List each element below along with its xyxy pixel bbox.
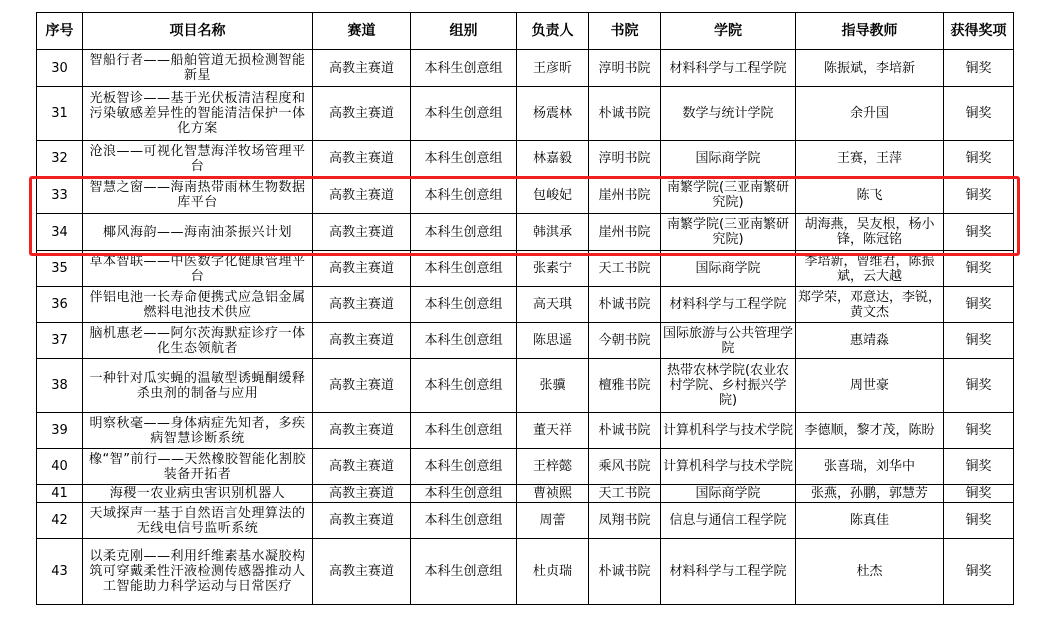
group-cell: 本科生创意组 [411, 413, 517, 449]
seq-cell: 32 [37, 141, 83, 177]
header-award: 获得奖项 [944, 13, 1014, 50]
group-cell: 本科生创意组 [411, 539, 517, 605]
college-cell: 热带农林学院(农业农村学院、乡村振兴学院) [661, 359, 796, 413]
leader-cell: 包峻妃 [517, 177, 589, 214]
award-cell: 铜奖 [944, 359, 1014, 413]
seq-cell: 36 [37, 287, 83, 323]
seq-cell: 39 [37, 413, 83, 449]
seq-cell: 41 [37, 485, 83, 503]
advisors-cell: 李培新，曾维君，陈振斌，云大越 [796, 251, 944, 287]
award-cell: 铜奖 [944, 177, 1014, 214]
college-cell: 材料科学与工程学院 [661, 287, 796, 323]
academy-cell: 朴诚书院 [589, 287, 661, 323]
table-row: 31光板智诊——基于光伏板清洁程度和污染敏感差异性的智能清洁保护一体化方案高教主… [37, 87, 1014, 141]
header-group: 组别 [411, 13, 517, 50]
college-cell: 南繁学院(三亚南繁研究院) [661, 177, 796, 214]
project-name-cell: 草本智联——中医数字化健康管理平台 [83, 251, 313, 287]
college-cell: 材料科学与工程学院 [661, 539, 796, 605]
college-cell: 国际商学院 [661, 141, 796, 177]
academy-cell: 朴诚书院 [589, 87, 661, 141]
track-cell: 高教主赛道 [313, 141, 411, 177]
award-cell: 铜奖 [944, 485, 1014, 503]
table-row: 34椰风海韵——海南油茶振兴计划高教主赛道本科生创意组韩淇承崖州书院南繁学院(三… [37, 214, 1014, 251]
academy-cell: 朴诚书院 [589, 413, 661, 449]
seq-cell: 40 [37, 449, 83, 485]
seq-cell: 30 [37, 50, 83, 87]
track-cell: 高教主赛道 [313, 287, 411, 323]
table-row: 39明察秋毫——身体病症先知者，多疾病智慧诊断系统高教主赛道本科生创意组董天祥朴… [37, 413, 1014, 449]
academy-cell: 凤翔书院 [589, 503, 661, 539]
track-cell: 高教主赛道 [313, 87, 411, 141]
header-leader: 负责人 [517, 13, 589, 50]
advisors-cell: 张燕，孙鹏，郭慧芳 [796, 485, 944, 503]
project-name-cell: 伴铝电池一长寿命便携式应急铝金属燃料电池技术供应 [83, 287, 313, 323]
academy-cell: 檀雅书院 [589, 359, 661, 413]
advisors-cell: 余升国 [796, 87, 944, 141]
leader-cell: 周蕾 [517, 503, 589, 539]
academy-cell: 天工书院 [589, 485, 661, 503]
group-cell: 本科生创意组 [411, 287, 517, 323]
seq-cell: 31 [37, 87, 83, 141]
group-cell: 本科生创意组 [411, 251, 517, 287]
track-cell: 高教主赛道 [313, 539, 411, 605]
group-cell: 本科生创意组 [411, 177, 517, 214]
leader-cell: 王梓懿 [517, 449, 589, 485]
award-cell: 铜奖 [944, 449, 1014, 485]
award-cell: 铜奖 [944, 141, 1014, 177]
academy-cell: 天工书院 [589, 251, 661, 287]
track-cell: 高教主赛道 [313, 449, 411, 485]
project-name-cell: 海稷一农业病虫害识别机器人 [83, 485, 313, 503]
leader-cell: 董天祥 [517, 413, 589, 449]
track-cell: 高教主赛道 [313, 323, 411, 359]
seq-cell: 38 [37, 359, 83, 413]
advisors-cell: 王赛，王萍 [796, 141, 944, 177]
track-cell: 高教主赛道 [313, 177, 411, 214]
award-cell: 铜奖 [944, 87, 1014, 141]
leader-cell: 张素宁 [517, 251, 589, 287]
leader-cell: 陈思遥 [517, 323, 589, 359]
project-name-cell: 橡“智”前行——天然橡胶智能化割胶装备开拓者 [83, 449, 313, 485]
leader-cell: 曹祯熙 [517, 485, 589, 503]
academy-cell: 淳明书院 [589, 50, 661, 87]
leader-cell: 杨震林 [517, 87, 589, 141]
college-cell: 信息与通信工程学院 [661, 503, 796, 539]
header-college: 学院 [661, 13, 796, 50]
project-name-cell: 光板智诊——基于光伏板清洁程度和污染敏感差异性的智能清洁保护一体化方案 [83, 87, 313, 141]
award-cell: 铜奖 [944, 214, 1014, 251]
group-cell: 本科生创意组 [411, 359, 517, 413]
project-name-cell: 明察秋毫——身体病症先知者，多疾病智慧诊断系统 [83, 413, 313, 449]
group-cell: 本科生创意组 [411, 50, 517, 87]
group-cell: 本科生创意组 [411, 485, 517, 503]
seq-cell: 42 [37, 503, 83, 539]
group-cell: 本科生创意组 [411, 87, 517, 141]
seq-cell: 34 [37, 214, 83, 251]
table-row: 37脑机惠老——阿尔茨海默症诊疗一体化生态领航者高教主赛道本科生创意组陈思遥今朝… [37, 323, 1014, 359]
header-advisors: 指导教师 [796, 13, 944, 50]
advisors-cell: 惠靖淼 [796, 323, 944, 359]
table-row: 30智船行者——船舶管道无损检测智能新星高教主赛道本科生创意组王彦昕淳明书院材料… [37, 50, 1014, 87]
track-cell: 高教主赛道 [313, 251, 411, 287]
group-cell: 本科生创意组 [411, 503, 517, 539]
advisors-cell: 陈振斌，李培新 [796, 50, 944, 87]
track-cell: 高教主赛道 [313, 485, 411, 503]
award-cell: 铜奖 [944, 503, 1014, 539]
project-name-cell: 沧浪——可视化智慧海洋牧场管理平台 [83, 141, 313, 177]
leader-cell: 王彦昕 [517, 50, 589, 87]
table-row: 42天域探声一基于自然语言处理算法的无线电信号监听系统高教主赛道本科生创意组周蕾… [37, 503, 1014, 539]
award-cell: 铜奖 [944, 251, 1014, 287]
group-cell: 本科生创意组 [411, 214, 517, 251]
project-name-cell: 脑机惠老——阿尔茨海默症诊疗一体化生态领航者 [83, 323, 313, 359]
header-project-name: 项目名称 [83, 13, 313, 50]
table-row: 38一种针对瓜实蝇的温敏型诱蝇酮缓释杀虫剂的制备与应用高教主赛道本科生创意组张骥… [37, 359, 1014, 413]
college-cell: 国际商学院 [661, 485, 796, 503]
header-seq: 序号 [37, 13, 83, 50]
track-cell: 高教主赛道 [313, 503, 411, 539]
project-name-cell: 智慧之窗——海南热带雨林生物数据库平台 [83, 177, 313, 214]
advisors-cell: 陈真佳 [796, 503, 944, 539]
advisors-cell: 胡海燕，吴友根，杨小锋，陈冠铭 [796, 214, 944, 251]
leader-cell: 林嘉毅 [517, 141, 589, 177]
academy-cell: 崖州书院 [589, 177, 661, 214]
academy-cell: 乘风书院 [589, 449, 661, 485]
header-row: 序号 项目名称 赛道 组别 负责人 书院 学院 指导教师 获得奖项 [37, 13, 1014, 50]
award-cell: 铜奖 [944, 413, 1014, 449]
group-cell: 本科生创意组 [411, 323, 517, 359]
seq-cell: 43 [37, 539, 83, 605]
table-row: 41海稷一农业病虫害识别机器人高教主赛道本科生创意组曹祯熙天工书院国际商学院张燕… [37, 485, 1014, 503]
project-name-cell: 一种针对瓜实蝇的温敏型诱蝇酮缓释杀虫剂的制备与应用 [83, 359, 313, 413]
college-cell: 计算机科学与技术学院 [661, 449, 796, 485]
project-name-cell: 天域探声一基于自然语言处理算法的无线电信号监听系统 [83, 503, 313, 539]
awards-table: 序号 项目名称 赛道 组别 负责人 书院 学院 指导教师 获得奖项 30智船行者… [36, 12, 1014, 605]
college-cell: 国际旅游与公共管理学院 [661, 323, 796, 359]
advisors-cell: 郑学荣，邓意达，李锐，黄文杰 [796, 287, 944, 323]
track-cell: 高教主赛道 [313, 359, 411, 413]
seq-cell: 35 [37, 251, 83, 287]
college-cell: 国际商学院 [661, 251, 796, 287]
award-cell: 铜奖 [944, 539, 1014, 605]
leader-cell: 韩淇承 [517, 214, 589, 251]
advisors-cell: 陈飞 [796, 177, 944, 214]
table-row: 40橡“智”前行——天然橡胶智能化割胶装备开拓者高教主赛道本科生创意组王梓懿乘风… [37, 449, 1014, 485]
table-row: 35草本智联——中医数字化健康管理平台高教主赛道本科生创意组张素宁天工书院国际商… [37, 251, 1014, 287]
award-cell: 铜奖 [944, 287, 1014, 323]
track-cell: 高教主赛道 [313, 50, 411, 87]
header-academy: 书院 [589, 13, 661, 50]
group-cell: 本科生创意组 [411, 141, 517, 177]
college-cell: 数学与统计学院 [661, 87, 796, 141]
award-cell: 铜奖 [944, 50, 1014, 87]
table-row: 43以柔克刚——利用纤维素基水凝胶构筑可穿戴柔性汗液检测传感器推动人工智能助力科… [37, 539, 1014, 605]
college-cell: 材料科学与工程学院 [661, 50, 796, 87]
seq-cell: 33 [37, 177, 83, 214]
award-cell: 铜奖 [944, 323, 1014, 359]
track-cell: 高教主赛道 [313, 214, 411, 251]
advisors-cell: 周世豪 [796, 359, 944, 413]
college-cell: 南繁学院(三亚南繁研究院) [661, 214, 796, 251]
leader-cell: 张骥 [517, 359, 589, 413]
academy-cell: 淳明书院 [589, 141, 661, 177]
table-row: 32沧浪——可视化智慧海洋牧场管理平台高教主赛道本科生创意组林嘉毅淳明书院国际商… [37, 141, 1014, 177]
academy-cell: 今朝书院 [589, 323, 661, 359]
group-cell: 本科生创意组 [411, 449, 517, 485]
academy-cell: 崖州书院 [589, 214, 661, 251]
advisors-cell: 杜杰 [796, 539, 944, 605]
advisors-cell: 李德顺，黎才茂，陈盼 [796, 413, 944, 449]
project-name-cell: 以柔克刚——利用纤维素基水凝胶构筑可穿戴柔性汗液检测传感器推动人工智能助力科学运… [83, 539, 313, 605]
college-cell: 计算机科学与技术学院 [661, 413, 796, 449]
project-name-cell: 智船行者——船舶管道无损检测智能新星 [83, 50, 313, 87]
track-cell: 高教主赛道 [313, 413, 411, 449]
leader-cell: 杜贞瑞 [517, 539, 589, 605]
seq-cell: 37 [37, 323, 83, 359]
leader-cell: 高天琪 [517, 287, 589, 323]
academy-cell: 朴诚书院 [589, 539, 661, 605]
advisors-cell: 张喜瑞，刘华中 [796, 449, 944, 485]
table-row: 36伴铝电池一长寿命便携式应急铝金属燃料电池技术供应高教主赛道本科生创意组高天琪… [37, 287, 1014, 323]
header-track: 赛道 [313, 13, 411, 50]
table-row: 33智慧之窗——海南热带雨林生物数据库平台高教主赛道本科生创意组包峻妃崖州书院南… [37, 177, 1014, 214]
project-name-cell: 椰风海韵——海南油茶振兴计划 [83, 214, 313, 251]
